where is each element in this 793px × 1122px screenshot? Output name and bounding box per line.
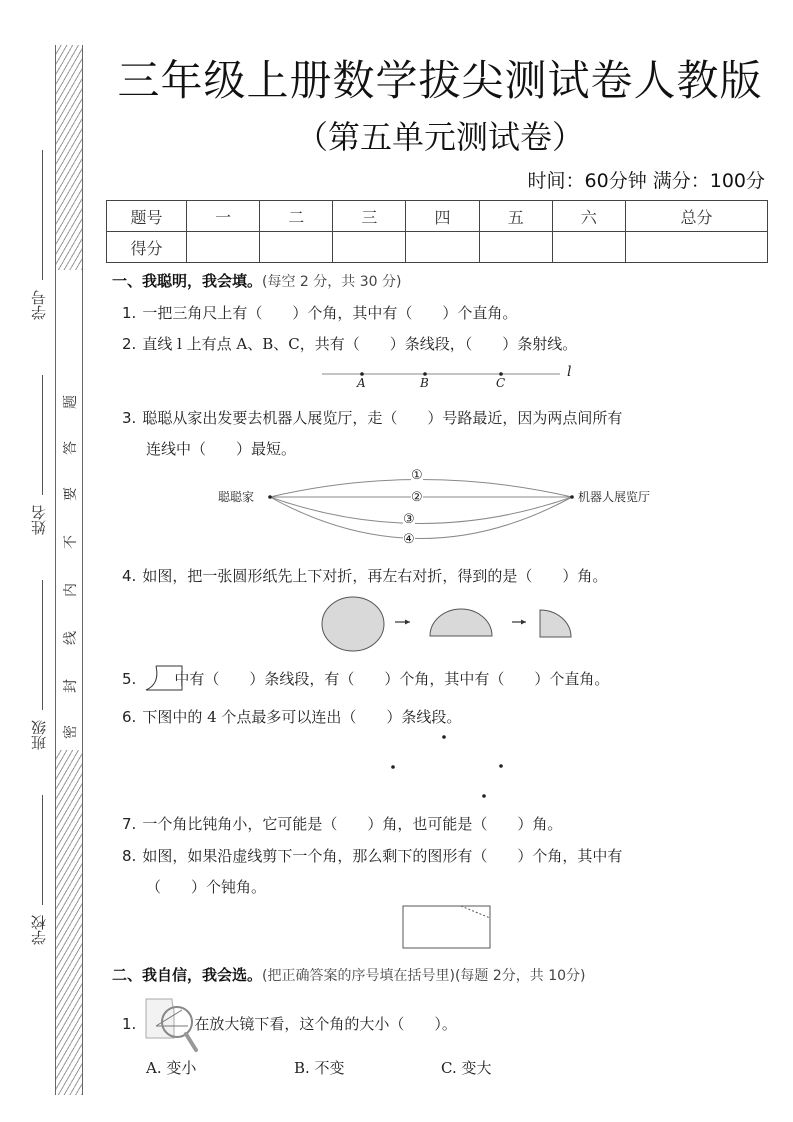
question-number: 4. <box>122 567 136 585</box>
score-cell[interactable] <box>333 232 406 263</box>
hatch-top <box>56 45 82 270</box>
line-l-label: l <box>567 364 571 380</box>
route-end-label: 机器人展览厅 <box>578 488 650 505</box>
question-number: 3. <box>122 409 136 427</box>
question-text: 直线 l 上有点 A、B、C，共有（ ）条线段，（ ）条射线。 <box>142 335 577 353</box>
table-cell: 二 <box>260 201 333 232</box>
question-number: 6. <box>122 708 136 726</box>
section2-note: (把正确答案的序号填在括号里)(每题 2分，共 10分) <box>262 968 585 984</box>
table-cell: 五 <box>479 201 552 232</box>
class-label: 班级 <box>28 720 49 750</box>
route-4-label: ④ <box>403 532 415 547</box>
score-cell[interactable] <box>260 232 333 263</box>
page-title: 三年级上册数学拔尖测试卷人教版 <box>105 48 775 108</box>
score-table-score-row: 得分 <box>107 232 768 263</box>
question-number: 2. <box>122 335 136 353</box>
seal-char: 封 <box>60 678 80 694</box>
school-field[interactable] <box>42 795 43 905</box>
point-a-label: A <box>357 376 366 390</box>
question-text: 一个角比钝角小，它可能是（ ）角，也可能是（ ）角。 <box>142 815 562 833</box>
score-cell[interactable] <box>625 232 767 263</box>
question-1-2: 2.直线 l 上有点 A、B、C，共有（ ）条线段，（ ）条射线。 <box>122 333 577 354</box>
table-cell: 得分 <box>107 232 187 263</box>
question-number: 7. <box>122 815 136 833</box>
seal-char: 内 <box>60 582 80 598</box>
curved-shape-icon <box>146 664 182 692</box>
section1-heading: 一、我聪明，我会填。(每空 2 分，共 30 分) <box>112 270 401 291</box>
binding-margin: 学号 姓名 班级 学校 题 答 要 不 内 线 封 密 <box>0 0 100 1122</box>
seal-char: 密 <box>60 724 80 740</box>
question-1-6: 6.下图中的 4 个点最多可以连出（ ）条线段。 <box>122 706 461 727</box>
seal-char: 答 <box>60 440 80 456</box>
question-text: 如图，如果沿虚线剪下一个角，那么剩下的图形有（ ）个角，其中有 <box>142 847 622 865</box>
question-1-3: 3.聪聪从家出发要去机器人展览厅，走（ ）号路最近，因为两点间所有 <box>122 407 622 428</box>
score-cell[interactable] <box>479 232 552 263</box>
table-cell: 四 <box>406 201 479 232</box>
question-1-8-cont: （ ）个钝角。 <box>146 876 266 897</box>
student-id-label: 学号 <box>28 290 49 320</box>
route-2-label: ② <box>411 490 423 505</box>
seal-char: 要 <box>60 486 80 502</box>
question-1-5: 5.中有（ ）条线段，有（ ）个角，其中有（ ）个直角。 <box>122 668 609 689</box>
paper-folding-figure <box>320 596 580 656</box>
section1-note: (每空 2 分，共 30 分) <box>262 274 401 290</box>
score-cell[interactable] <box>552 232 625 263</box>
route-3-label: ③ <box>403 512 415 527</box>
score-cell[interactable] <box>406 232 479 263</box>
seal-char: 线 <box>60 630 80 646</box>
name-field[interactable] <box>42 375 43 495</box>
time-info: 时间：60分钟 满分：100分 <box>528 166 765 193</box>
question-text: 聪聪从家出发要去机器人展览厅，走（ ）号路最近，因为两点间所有 <box>142 409 622 427</box>
option-c[interactable]: C. 变大 <box>441 1057 491 1078</box>
question-1-8: 8.如图，如果沿虚线剪下一个角，那么剩下的图形有（ ）个角，其中有 <box>122 845 622 866</box>
table-cell: 一 <box>187 201 260 232</box>
rectangle-cut-figure <box>402 905 492 950</box>
four-points-figure <box>380 730 520 810</box>
binding-line-right <box>82 45 83 1095</box>
table-cell: 题号 <box>107 201 187 232</box>
question-number: 5. <box>122 670 136 688</box>
question-number: 1. <box>122 1015 136 1033</box>
question-1-3-cont: 连线中（ ）最短。 <box>146 438 296 459</box>
route-figure <box>200 470 700 550</box>
option-b[interactable]: B. 不变 <box>294 1057 345 1078</box>
question-1-4: 4.如图，把一张圆形纸先上下对折，再左右对折，得到的是（ ）角。 <box>122 565 607 586</box>
question-text: 在放大镜下看，这个角的大小（ ）。 <box>194 1015 457 1033</box>
score-cell[interactable] <box>187 232 260 263</box>
score-table: 题号 一 二 三 四 五 六 总分 得分 <box>106 200 768 263</box>
question-1-1: 1.一把三角尺上有（ ）个角，其中有（ ）个直角。 <box>122 302 517 323</box>
seal-char: 不 <box>60 534 80 550</box>
section1-title: 一、我聪明，我会填。 <box>112 272 262 290</box>
table-cell: 六 <box>552 201 625 232</box>
magnifying-glass-icon <box>144 996 204 1058</box>
point-b-label: B <box>420 376 429 390</box>
question-text: 一把三角尺上有（ ）个角，其中有（ ）个直角。 <box>142 304 517 322</box>
table-cell: 三 <box>333 201 406 232</box>
school-label: 学校 <box>28 915 49 945</box>
question-number: 8. <box>122 847 136 865</box>
table-cell: 总分 <box>625 201 767 232</box>
section2-title: 二、我自信，我会选。 <box>112 966 262 984</box>
seal-char: 题 <box>60 394 80 410</box>
question-text: 中有（ ）条线段，有（ ）个角，其中有（ ）个直角。 <box>174 670 609 688</box>
class-field[interactable] <box>42 580 43 710</box>
name-label: 姓名 <box>28 505 49 535</box>
hatch-bottom <box>56 750 82 1095</box>
route-start-label: 聪聪家 <box>218 488 254 505</box>
question-text: 下图中的 4 个点最多可以连出（ ）条线段。 <box>142 708 461 726</box>
option-a[interactable]: A. 变小 <box>146 1057 196 1078</box>
score-table-header-row: 题号 一 二 三 四 五 六 总分 <box>107 201 768 232</box>
question-text: 如图，把一张圆形纸先上下对折，再左右对折，得到的是（ ）角。 <box>142 567 607 585</box>
student-id-field[interactable] <box>42 150 43 280</box>
section2-heading: 二、我自信，我会选。(把正确答案的序号填在括号里)(每题 2分，共 10分) <box>112 964 585 985</box>
point-c-label: C <box>496 376 505 390</box>
question-1-7: 7.一个角比钝角小，它可能是（ ）角，也可能是（ ）角。 <box>122 813 562 834</box>
page-subtitle: （第五单元测试卷） <box>105 112 775 158</box>
route-1-label: ① <box>411 468 423 483</box>
question-number: 1. <box>122 304 136 322</box>
